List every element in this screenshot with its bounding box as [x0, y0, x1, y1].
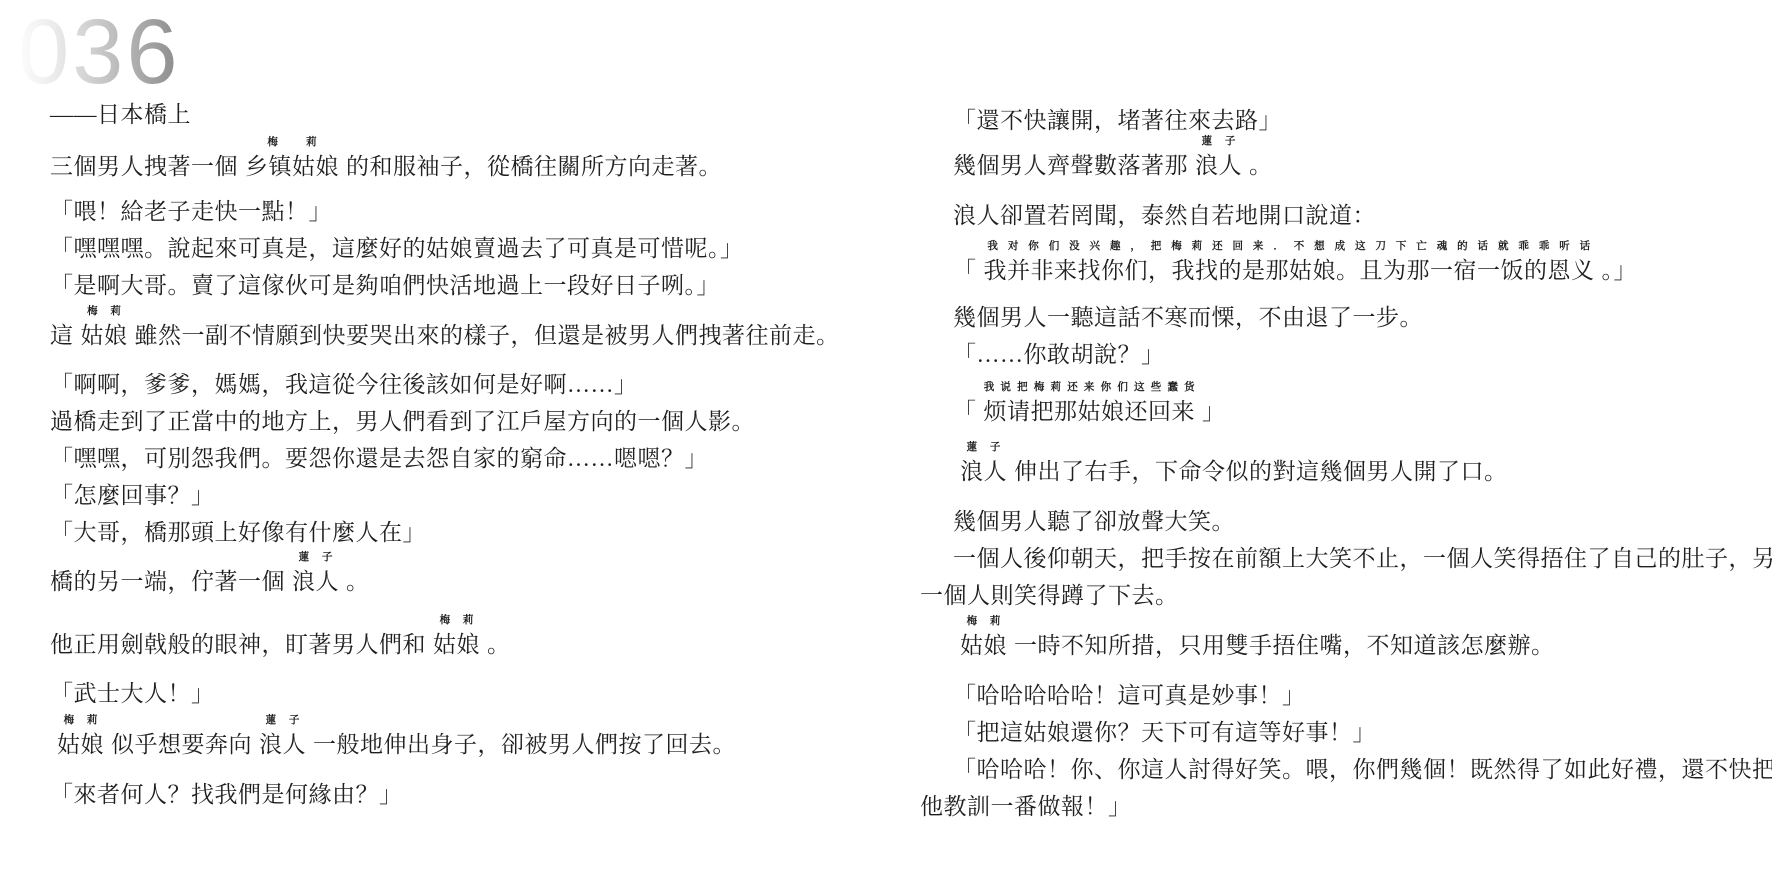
- text-line: 「哈哈哈！你、你這人討得好笑。喂，你們幾個！既然得了如此好禮，還不快把: [920, 751, 1760, 788]
- ruby-base-text: 姑娘: [433, 632, 480, 657]
- ruby-annotated-term: 蓮子浪人: [292, 563, 339, 600]
- text-run: 「是啊大哥。賣了這傢伙可是夠咱們快活地過上一段好日子咧。」: [50, 273, 720, 298]
- text-run: 「大哥，橋那頭上好像有什麼人在」: [50, 520, 426, 545]
- text-run: 「: [953, 258, 977, 283]
- text-line: 幾個男人齊聲數落著那蓮子浪人。: [920, 147, 1760, 184]
- ruby-annotated-term: 梅莉姑娘: [433, 626, 480, 663]
- text-line: 幾個男人一聽這話不寒而慄，不由退了一步。: [920, 299, 1760, 336]
- text-run: 。: [487, 632, 511, 657]
- text-line: 「我对你们没兴趣，把梅莉还回来．不想成这刀下亡魂的话就乖乖听话我并非来找你们，我…: [920, 252, 1760, 289]
- text-line: ——日本橋上: [50, 96, 810, 133]
- text-line: 「怎麼回事？」: [50, 477, 810, 514]
- text-line: 他正用劍戟般的眼神，盯著男人們和梅莉姑娘。: [50, 626, 810, 663]
- text-line: 過橋走到了正當中的地方上，男人們看到了江戶屋方向的一個人影。: [50, 403, 810, 440]
- text-run: 他教訓一番做報！」: [920, 794, 1132, 819]
- ruby-annotation: 蓮子: [286, 553, 345, 564]
- text-run: 他正用劍戟般的眼神，盯著男人們和: [50, 632, 426, 657]
- text-line: 「來者何人？找我們是何緣由？」: [50, 776, 810, 813]
- text-run: 「啊啊，爹爹，媽媽，我這從今往後該如何是好啊……」: [50, 372, 638, 397]
- ruby-base-text: 烦请把那姑娘还回来: [984, 399, 1196, 424]
- ruby-annotation: 梅莉: [427, 616, 486, 627]
- text-run: 伸出了右手，下命令似的對這幾個男人開了口。: [1014, 459, 1508, 484]
- ruby-annotation: 梅莉: [75, 307, 134, 318]
- ruby-base-text: 浪人: [259, 732, 306, 757]
- ruby-annotation: 我说把梅莉还来你们这些蠢货: [978, 383, 1202, 394]
- text-run: 「怎麼回事？」: [50, 483, 215, 508]
- book-page: 036 ——日本橋上三個男人拽著一個梅莉乡镇姑娘的和服袖子，從橋往關所方向走著。…: [0, 0, 1772, 886]
- text-line: 一個人後仰朝天，把手按在前額上大笑不止，一個人笑得捂住了自己的肚子，另: [920, 540, 1760, 577]
- text-run: ——日本橋上: [50, 102, 191, 127]
- text-run: 「哈哈哈哈哈！這可真是妙事！」: [953, 683, 1306, 708]
- text-line: 「是啊大哥。賣了這傢伙可是夠咱們快活地過上一段好日子咧。」: [50, 267, 810, 304]
- text-line: 這梅莉姑娘雖然一副不情願到快要哭出來的樣子，但還是被男人們拽著往前走。: [50, 317, 810, 354]
- ruby-annotated-term: 梅莉乡镇姑娘: [245, 148, 339, 185]
- text-run: 「喂！給老子走快一點！」: [50, 199, 332, 224]
- text-line: 「嘿嘿，可別怨我們。要怨你還是去怨自家的窮命……嗯嗯？」: [50, 440, 810, 477]
- ruby-annotated-term: 我对你们没兴趣，把梅莉还回来．不想成这刀下亡魂的话就乖乖听话我并非来找你们，我找…: [984, 252, 1595, 289]
- ruby-annotated-term: 蓮子浪人: [960, 453, 1007, 490]
- text-line: 「啊啊，爹爹，媽媽，我這從今往後該如何是好啊……」: [50, 366, 810, 403]
- text-run: 」: [1202, 399, 1226, 424]
- ruby-annotated-term: 蓮子浪人: [259, 726, 306, 763]
- ruby-annotated-term: 我说把梅莉还来你们这些蠢货烦请把那姑娘还回来: [984, 393, 1196, 430]
- text-line: 幾個男人聽了卻放聲大笑。: [920, 503, 1760, 540]
- text-run: 三個男人拽著一個: [50, 154, 238, 179]
- text-line: 「……你敢胡說？」: [920, 336, 1760, 373]
- text-run: 「: [953, 399, 977, 424]
- text-run: 「來者何人？找我們是何緣由？」: [50, 782, 403, 807]
- ruby-base-text: 姑娘: [960, 633, 1007, 658]
- text-column-right: 「還不快讓開，堵著往來去路」幾個男人齊聲數落著那蓮子浪人。浪人卻置若罔聞，泰然自…: [920, 96, 1760, 825]
- ruby-annotation: 蓮子: [954, 443, 1013, 454]
- ruby-base-text: 浪人: [292, 569, 339, 594]
- text-run: 「把這姑娘還你？天下可有這等好事！」: [953, 720, 1376, 745]
- text-run: 「嘿嘿，可別怨我們。要怨你還是去怨自家的窮命……嗯嗯？」: [50, 446, 708, 471]
- text-column-left: ——日本橋上三個男人拽著一個梅莉乡镇姑娘的和服袖子，從橋往關所方向走著。「喂！給…: [50, 96, 810, 813]
- text-line: 「我说把梅莉还来你们这些蠢货烦请把那姑娘还回来」: [920, 393, 1760, 430]
- ruby-annotation: 蓮子: [253, 716, 312, 727]
- ruby-base-text: 浪人: [1195, 153, 1242, 178]
- text-line: 浪人卻置若罔聞，泰然自若地開口說道：: [920, 197, 1760, 234]
- text-run: 。」: [1602, 258, 1638, 283]
- text-line: 一個人則笑得蹲了下去。: [920, 577, 1760, 614]
- ruby-annotation: 梅莉: [239, 138, 345, 149]
- text-run: 。: [1249, 153, 1273, 178]
- ruby-annotation: 梅莉: [954, 617, 1013, 628]
- ruby-annotated-term: 梅莉姑娘: [960, 627, 1007, 664]
- text-line: 「嘿嘿嘿。說起來可真是，這麼好的姑娘賣過去了可真是可惜呢。」: [50, 230, 810, 267]
- text-line: 「還不快讓開，堵著往來去路」: [920, 102, 1760, 139]
- ruby-annotated-term: 蓮子浪人: [1195, 147, 1242, 184]
- text-run: 似乎想要奔向: [111, 732, 252, 757]
- ruby-annotated-term: 梅莉姑娘: [57, 726, 104, 763]
- ruby-base-text: 乡镇姑娘: [245, 154, 339, 179]
- text-run: 幾個男人齊聲數落著那: [953, 153, 1188, 178]
- text-line: 蓮子浪人伸出了右手，下命令似的對這幾個男人開了口。: [920, 453, 1760, 490]
- text-run: 「武士大人！」: [50, 681, 215, 706]
- text-run: 「哈哈哈！你、你這人討得好笑。喂，你們幾個！既然得了如此好禮，還不快把: [953, 757, 1772, 782]
- text-line: 「哈哈哈哈哈！這可真是妙事！」: [920, 677, 1760, 714]
- text-run: 幾個男人一聽這話不寒而慄，不由退了一步。: [953, 305, 1423, 330]
- ruby-base-text: 姑娘: [57, 732, 104, 757]
- text-line: 三個男人拽著一個梅莉乡镇姑娘的和服袖子，從橋往關所方向走著。: [50, 148, 810, 185]
- text-run: 「……你敢胡說？」: [953, 342, 1165, 367]
- ruby-base-text: 姑娘: [81, 323, 128, 348]
- ruby-annotation: 我对你们没兴趣，把梅莉还回来．不想成这刀下亡魂的话就乖乖听话: [978, 242, 1601, 253]
- text-run: 過橋走到了正當中的地方上，男人們看到了江戶屋方向的一個人影。: [50, 409, 755, 434]
- text-run: 「嘿嘿嘿。說起來可真是，這麼好的姑娘賣過去了可真是可惜呢。」: [50, 236, 744, 261]
- text-line: 「武士大人！」: [50, 675, 810, 712]
- text-line: 梅莉姑娘似乎想要奔向蓮子浪人一般地伸出身子，卻被男人們按了回去。: [50, 726, 810, 763]
- text-run: 幾個男人聽了卻放聲大笑。: [953, 509, 1235, 534]
- text-line: 橋的另一端，佇著一個蓮子浪人。: [50, 563, 810, 600]
- text-run: 「還不快讓開，堵著往來去路」: [953, 108, 1282, 133]
- text-line: 「喂！給老子走快一點！」: [50, 193, 810, 230]
- text-run: 浪人卻置若罔聞，泰然自若地開口說道：: [953, 203, 1376, 228]
- text-line: 「大哥，橋那頭上好像有什麼人在」: [50, 514, 810, 551]
- text-run: 雖然一副不情願到快要哭出來的樣子，但還是被男人們拽著往前走。: [135, 323, 840, 348]
- text-line: 梅莉姑娘一時不知所措，只用雙手捂住嘴，不知道該怎麼辦。: [920, 627, 1760, 664]
- text-run: 一個人後仰朝天，把手按在前額上大笑不止，一個人笑得捂住了自己的肚子，另: [953, 546, 1772, 571]
- text-run: 一般地伸出身子，卻被男人們按了回去。: [313, 732, 736, 757]
- text-line: 他教訓一番做報！」: [920, 788, 1760, 825]
- text-run: 。: [346, 569, 370, 594]
- text-run: 一個人則笑得蹲了下去。: [920, 583, 1179, 608]
- page-number: 036: [18, 6, 181, 98]
- text-line: 「把這姑娘還你？天下可有這等好事！」: [920, 714, 1760, 751]
- text-run: 的和服袖子，從橋往關所方向走著。: [346, 154, 722, 179]
- ruby-base-text: 浪人: [960, 459, 1007, 484]
- ruby-annotation: 梅莉: [51, 716, 110, 727]
- ruby-annotated-term: 梅莉姑娘: [81, 317, 128, 354]
- ruby-base-text: 我并非来找你们，我找的是那姑娘。且为那一宿一饭的恩义: [984, 258, 1595, 283]
- text-run: 這: [50, 323, 74, 348]
- text-run: 橋的另一端，佇著一個: [50, 569, 285, 594]
- text-run: 一時不知所措，只用雙手捂住嘴，不知道該怎麼辦。: [1014, 633, 1555, 658]
- ruby-annotation: 蓮子: [1189, 137, 1248, 148]
